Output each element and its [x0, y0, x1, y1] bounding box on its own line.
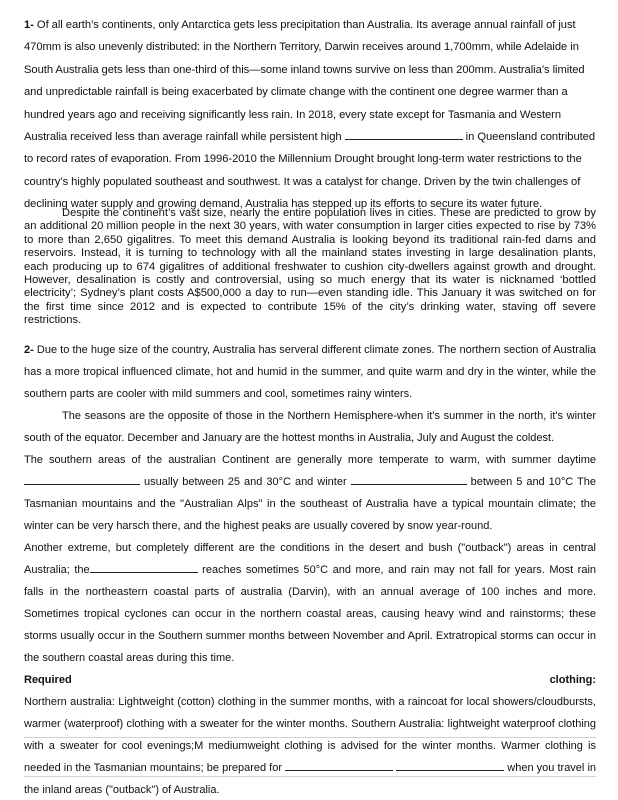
- section-2-paragraph-2: The seasons are the opposite of those in…: [24, 405, 596, 449]
- section-2-paragraph-4: Another extreme, but completely differen…: [24, 537, 596, 669]
- section-2-paragraph-5: Northern australia: Lightweight (cotton)…: [24, 691, 596, 800]
- section-2-text-3b: usually between 25 and 30°C and winter: [140, 476, 351, 488]
- divider-line: [24, 776, 596, 777]
- divider-line: [24, 737, 596, 738]
- fill-blank-1[interactable]: [345, 129, 463, 140]
- section-2-paragraph-1: 2- Due to the huge size of the country, …: [24, 339, 596, 405]
- section-2-paragraph-3: The southern areas of the australian Con…: [24, 449, 596, 537]
- fill-blank-6[interactable]: [396, 760, 504, 771]
- section-2: 2- Due to the huge size of the country, …: [24, 339, 596, 800]
- fill-blank-4[interactable]: [90, 562, 198, 573]
- fill-blank-5[interactable]: [285, 760, 393, 771]
- section-2-text-1: Due to the huge size of the country, Aus…: [24, 344, 596, 400]
- fill-blank-2[interactable]: [24, 474, 140, 485]
- section-1-text-a: Of all earth’s continents, only Antarcti…: [24, 19, 585, 143]
- required-label: Required: [24, 669, 72, 691]
- section-2-text-3a: The southern areas of the australian Con…: [24, 454, 596, 466]
- fill-blank-3[interactable]: [351, 474, 467, 485]
- section-2-number: 2-: [24, 344, 34, 356]
- section-1-paragraph-2: Despite the continent’s vast size, nearl…: [24, 207, 596, 328]
- required-clothing-heading: Requiredclothing:: [24, 669, 596, 691]
- section-2-text-4b: reaches sometimes 50°C and more, and rai…: [24, 564, 596, 664]
- section-1-paragraph-1: 1- Of all earth’s continents, only Antar…: [24, 14, 596, 216]
- section-1-number: 1-: [24, 19, 34, 31]
- clothing-label: clothing:: [550, 669, 596, 691]
